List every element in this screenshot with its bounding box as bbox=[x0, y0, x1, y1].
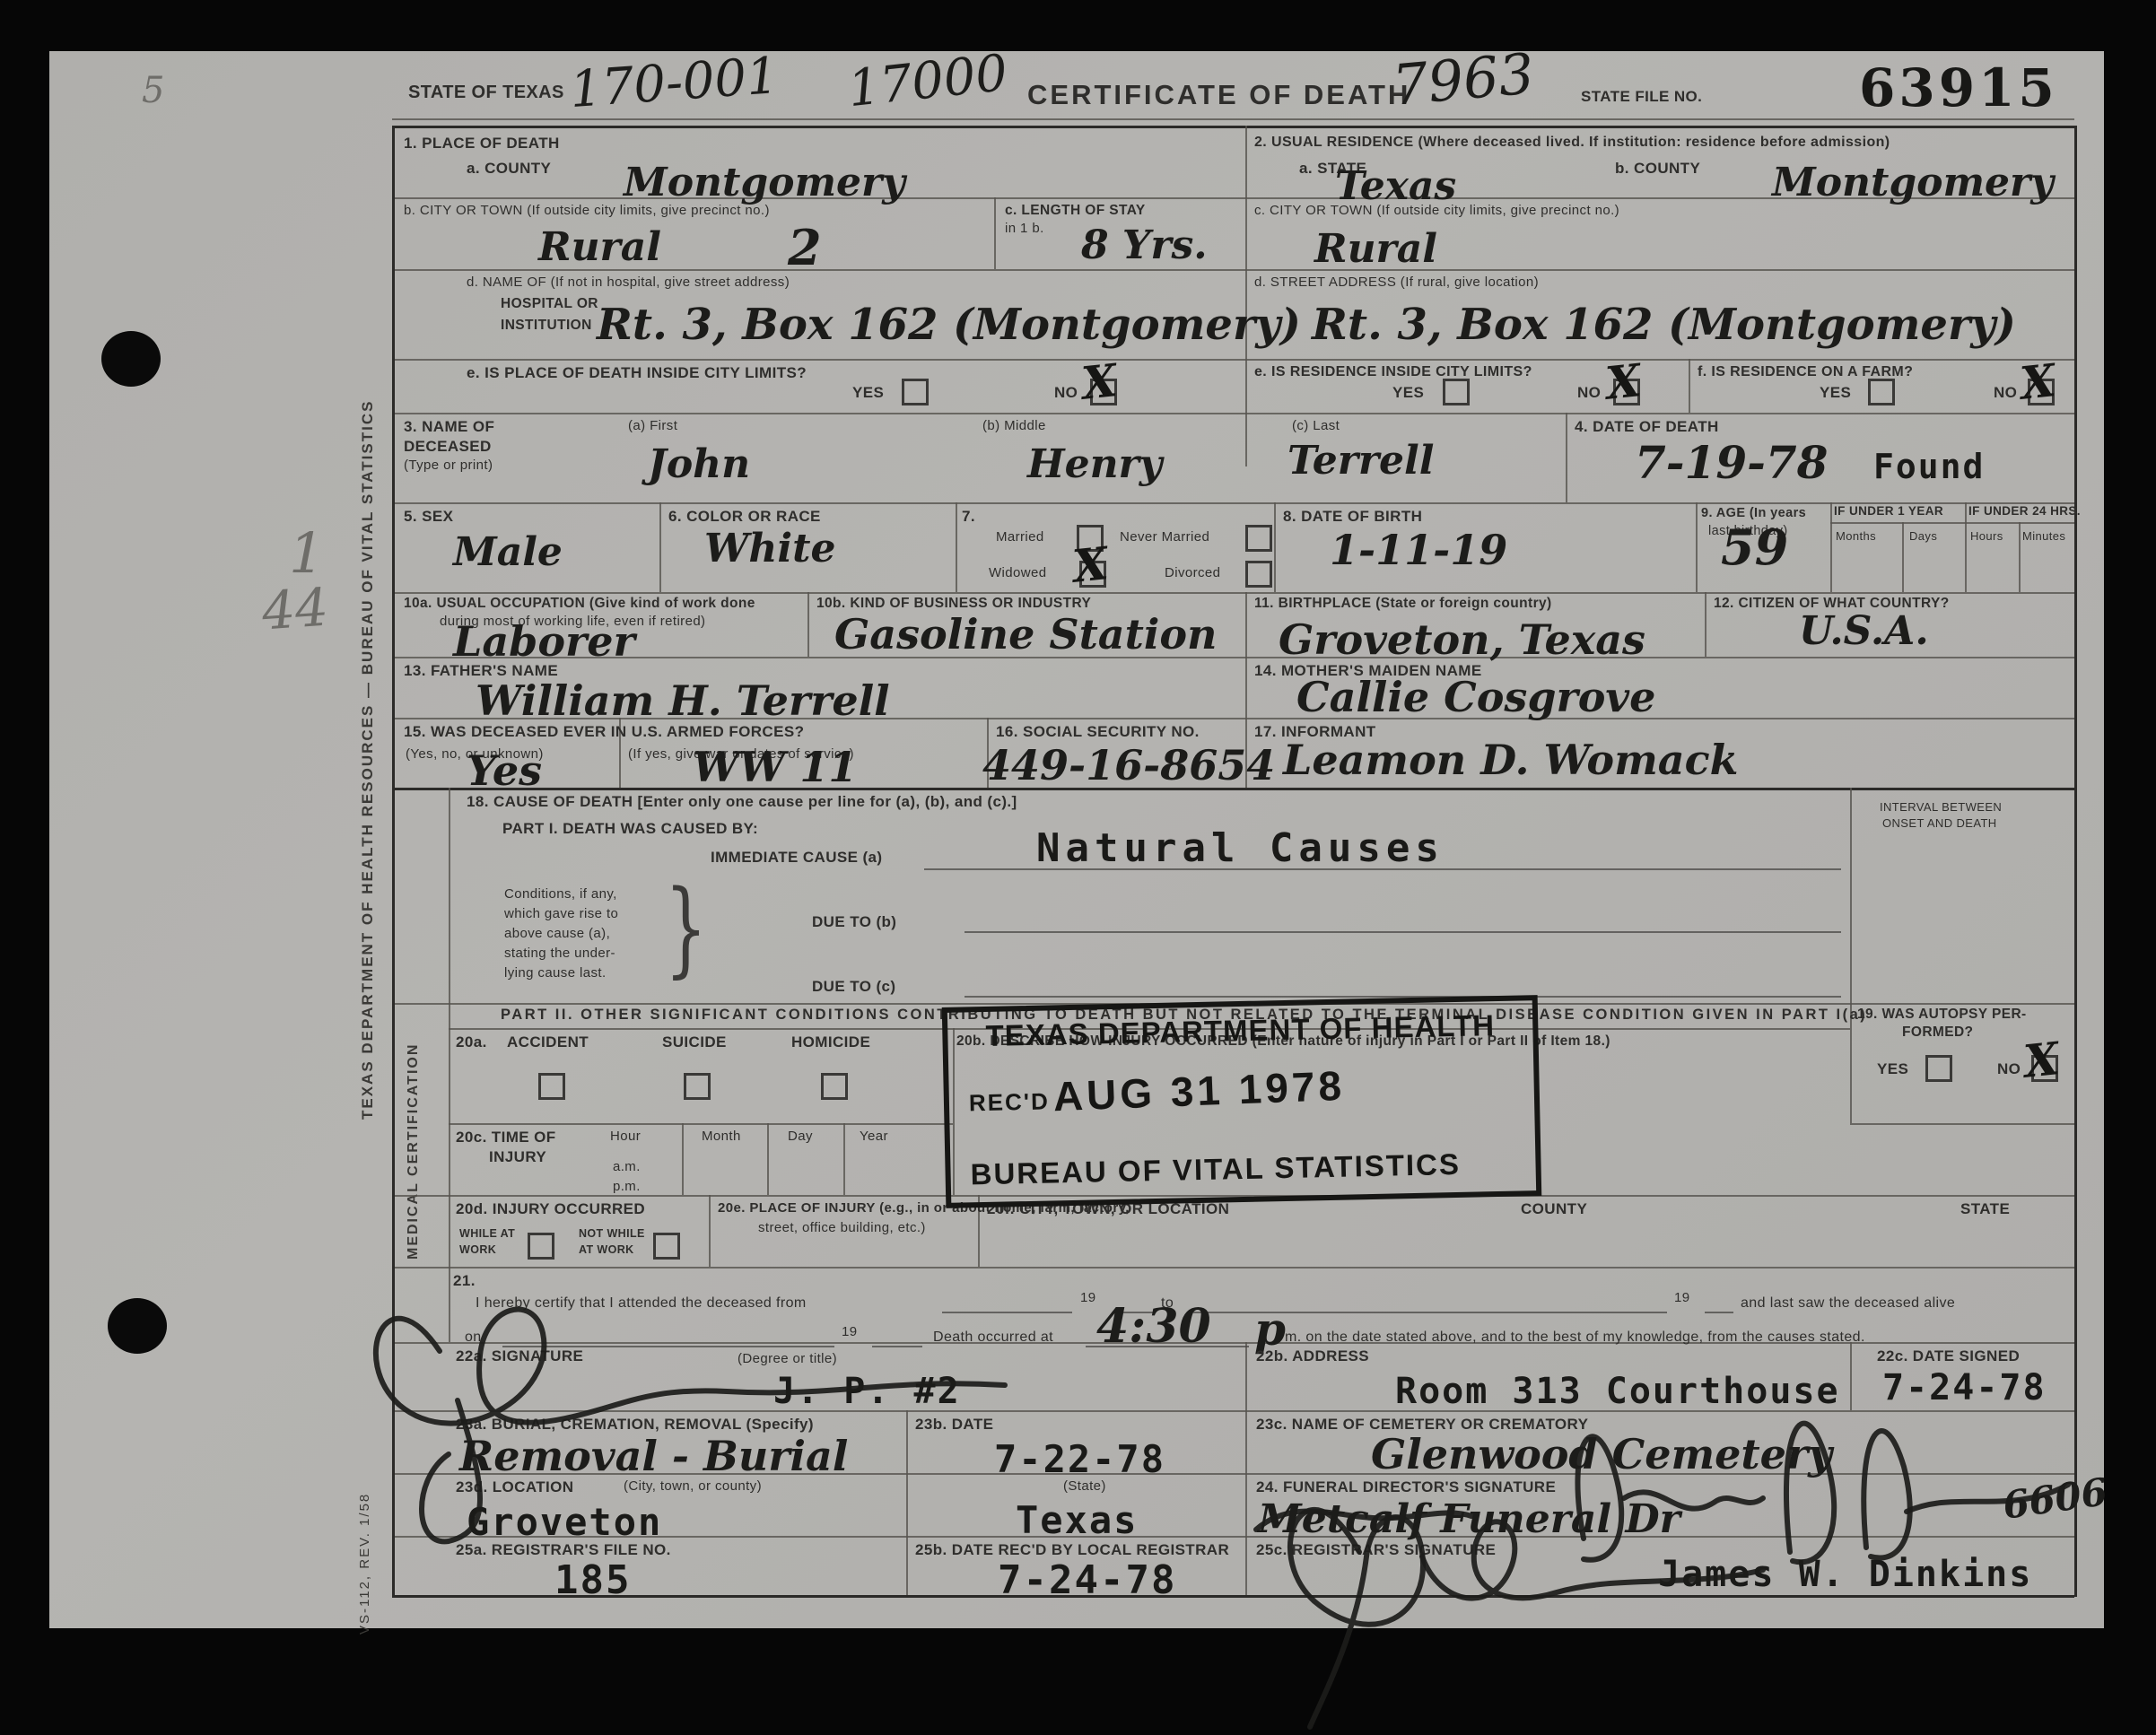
autopsy-label2: FORMED? bbox=[1902, 1024, 1973, 1041]
pencil-mark: 44 bbox=[260, 577, 330, 642]
state-sublabel: (State) bbox=[1063, 1478, 1106, 1494]
cause-of-death-label: 18. CAUSE OF DEATH [Enter only one cause… bbox=[467, 793, 1017, 811]
sex-value: Male bbox=[453, 529, 563, 575]
res-street-value: Rt. 3, Box 162 (Montgomery) bbox=[1312, 300, 2016, 350]
homicide-checkbox bbox=[821, 1073, 848, 1100]
armed-forces-value: Yes bbox=[467, 746, 542, 795]
month-label: Month bbox=[702, 1129, 741, 1144]
middle-name-label: (b) Middle bbox=[982, 418, 1046, 433]
birthplace-label: 11. BIRTHPLACE (State or foreign country… bbox=[1254, 596, 1552, 612]
homicide-label: HOMICIDE bbox=[791, 1033, 870, 1051]
hours-label: Hours bbox=[1970, 529, 2003, 543]
pod-limits-no-xmark: X bbox=[1079, 353, 1120, 410]
certify-text-2: and last saw the deceased alive bbox=[1741, 1295, 1955, 1312]
age-value: 59 bbox=[1721, 519, 1788, 576]
suicide-label: SUICIDE bbox=[662, 1033, 727, 1051]
autopsy-no-label: NO bbox=[1997, 1060, 2021, 1078]
pod-city-label: b. CITY OR TOWN (If outside city limits,… bbox=[404, 203, 770, 218]
pod-stay-sublabel: in 1 b. bbox=[1005, 221, 1044, 236]
certify-text-3: m. on the date stated above, and to the … bbox=[1285, 1330, 1865, 1346]
never-married-label: Never Married bbox=[1120, 529, 1209, 545]
pod-limits-yes-checkbox bbox=[902, 379, 929, 405]
first-name-label: (a) First bbox=[628, 418, 677, 433]
pm-label: p.m. bbox=[613, 1179, 641, 1194]
divorced-checkbox bbox=[1245, 561, 1272, 588]
conditions-note-1: Conditions, if any, bbox=[504, 886, 617, 902]
res-farm-yes-checkbox bbox=[1868, 379, 1895, 405]
dob-label: 8. DATE OF BIRTH bbox=[1283, 508, 1422, 526]
hour-label: Hour bbox=[610, 1129, 641, 1144]
pod-institution-value: Rt. 3, Box 162 (Montgomery) bbox=[597, 300, 1301, 350]
stamp-date: AUG 31 1978 bbox=[1052, 1061, 1346, 1120]
industry-value: Gasoline Station bbox=[834, 610, 1217, 658]
pod-city-limits-label: e. IS PLACE OF DEATH INSIDE CITY LIMITS? bbox=[467, 364, 807, 382]
suicide-checkbox bbox=[684, 1073, 711, 1100]
res-farm-no-xmark: X bbox=[2018, 353, 2058, 410]
name-label2: DECEASED bbox=[404, 438, 492, 456]
pod-limits-yes-label: YES bbox=[852, 384, 884, 402]
autopsy-yes-label: YES bbox=[1877, 1060, 1908, 1078]
res-limits-yes-label: YES bbox=[1392, 384, 1424, 402]
written-cert-number: 7963 bbox=[1390, 40, 1537, 118]
registrar-signature bbox=[1261, 1435, 1853, 1731]
received-stamp: TEXAS DEPARTMENT OF HEALTH REC'D AUG 31 … bbox=[942, 995, 1542, 1208]
document-title: CERTIFICATE OF DEATH bbox=[1027, 79, 1410, 111]
due-to-b-label: DUE TO (b) bbox=[812, 913, 896, 931]
res-farm-no-label: NO bbox=[1994, 384, 2017, 402]
pod-precinct-value: 2 bbox=[788, 219, 822, 276]
stamp-agency-line: TEXAS DEPARTMENT OF HEALTH bbox=[947, 1007, 1533, 1054]
pod-institution-label2: HOSPITAL OR bbox=[501, 296, 598, 312]
res-farm-yes-label: YES bbox=[1820, 384, 1851, 402]
under-24-hrs-label: IF UNDER 24 HRS. bbox=[1968, 504, 2081, 518]
res-section-label: 2. USUAL RESIDENCE (Where deceased lived… bbox=[1254, 135, 1890, 151]
ssn-label: 16. SOCIAL SECURITY NO. bbox=[996, 723, 1200, 741]
conditions-note-4: stating the under- bbox=[504, 946, 615, 961]
pod-stay-value: 8 Yrs. bbox=[1081, 222, 1208, 268]
accident-checkbox bbox=[538, 1073, 565, 1100]
stamp-bureau-line: BUREAU OF VITAL STATISTICS bbox=[970, 1147, 1461, 1191]
pod-county-label: a. COUNTY bbox=[467, 160, 551, 178]
date-signed-label: 22c. DATE SIGNED bbox=[1877, 1347, 2020, 1365]
months-label: Months bbox=[1836, 529, 1876, 543]
res-city-label: c. CITY OR TOWN (If outside city limits,… bbox=[1254, 203, 1619, 218]
item-20a-label: 20a. bbox=[456, 1033, 487, 1051]
pod-county-value: Montgomery bbox=[624, 160, 905, 205]
state-file-number: 63915 bbox=[1859, 57, 2058, 118]
date-of-death-label: 4. DATE OF DEATH bbox=[1575, 418, 1719, 436]
time-of-injury-label2: INJURY bbox=[489, 1148, 546, 1166]
race-value: White bbox=[704, 526, 835, 571]
occupation-label: 10a. USUAL OCCUPATION (Give kind of work… bbox=[404, 596, 755, 612]
sex-label: 5. SEX bbox=[404, 508, 453, 526]
conditions-note-5: lying cause last. bbox=[504, 965, 607, 981]
conditions-brace: } bbox=[665, 868, 708, 989]
last-name-value: Terrell bbox=[1287, 438, 1434, 484]
interval-label2: ONSET AND DEATH bbox=[1882, 816, 1997, 830]
war-service-value: WW 11 bbox=[693, 743, 857, 791]
address-label: 22b. ADDRESS bbox=[1256, 1347, 1369, 1365]
father-name-value: William H. Terrell bbox=[476, 676, 890, 725]
occupation-value: Laborer bbox=[453, 617, 635, 666]
race-label: 6. COLOR OR RACE bbox=[668, 508, 821, 526]
pod-limits-no-label: NO bbox=[1054, 384, 1078, 402]
pod-stay-label: c. LENGTH OF STAY bbox=[1005, 203, 1146, 219]
dob-value: 1-11-19 bbox=[1330, 526, 1507, 574]
state-file-no-label: STATE FILE NO. bbox=[1581, 88, 1702, 106]
name-label3: (Type or print) bbox=[404, 458, 493, 473]
medical-certification-caption: MEDICAL CERTIFICATION bbox=[406, 985, 422, 1260]
registrar-date-value: 7-24-78 bbox=[998, 1557, 1176, 1603]
immediate-cause-label: IMMEDIATE CAUSE (a) bbox=[711, 849, 882, 867]
state-col-label: STATE bbox=[1960, 1200, 2010, 1218]
injury-occurred-label: 20d. INJURY OCCURRED bbox=[456, 1200, 645, 1218]
divorced-label: Divorced bbox=[1165, 565, 1220, 580]
pod-city-value: Rural bbox=[538, 224, 661, 270]
citizen-value: U.S.A. bbox=[1799, 608, 1929, 654]
res-limits-yes-checkbox bbox=[1443, 379, 1470, 405]
middle-name-value: Henry bbox=[1027, 441, 1162, 487]
autopsy-yes-checkbox bbox=[1925, 1055, 1952, 1082]
stamp-recd-label: REC'D bbox=[969, 1087, 1050, 1117]
interval-label1: INTERVAL BETWEEN bbox=[1880, 800, 2002, 814]
accident-label: ACCIDENT bbox=[507, 1033, 589, 1051]
under-1-year-label: IF UNDER 1 YEAR bbox=[1834, 504, 1943, 518]
while-at-work-label1: WHILE AT bbox=[459, 1227, 515, 1240]
hole-punch bbox=[101, 331, 161, 387]
autopsy-no-xmark: X bbox=[2021, 1032, 2062, 1088]
time-of-injury-label1: 20c. TIME OF bbox=[456, 1129, 556, 1146]
informant-value: Leamon D. Womack bbox=[1283, 736, 1738, 784]
first-name-value: John bbox=[648, 441, 750, 487]
county-col-label: COUNTY bbox=[1521, 1200, 1587, 1218]
birthplace-value: Groveton, Texas bbox=[1279, 615, 1645, 664]
marital-number-label: 7. bbox=[962, 508, 975, 526]
date-of-death-value: 7-19-78 bbox=[1635, 436, 1828, 489]
minutes-label: Minutes bbox=[2022, 529, 2065, 543]
last-name-label: (c) Last bbox=[1292, 418, 1340, 433]
place-of-injury-label2: street, office building, etc.) bbox=[758, 1220, 926, 1235]
ssn-value: 449-16-8654 bbox=[982, 741, 1275, 789]
res-street-label: d. STREET ADDRESS (If rural, give locati… bbox=[1254, 275, 1539, 290]
not-while-label1: NOT WHILE bbox=[579, 1227, 645, 1240]
widowed-xmark: X bbox=[1070, 536, 1111, 593]
day-label: Day bbox=[788, 1129, 813, 1144]
registrar-file-value: 185 bbox=[554, 1557, 631, 1603]
res-limits-no-label: NO bbox=[1577, 384, 1601, 402]
autopsy-label1: 19. WAS AUTOPSY PER- bbox=[1857, 1007, 2027, 1023]
certify-19b: 19 bbox=[1674, 1290, 1690, 1305]
days-label: Days bbox=[1909, 529, 1937, 543]
pod-section-label: 1. PLACE OF DEATH bbox=[404, 135, 560, 153]
res-limits-no-xmark: X bbox=[1603, 353, 1644, 410]
date-of-death-note: Found bbox=[1873, 447, 1985, 486]
scanned-death-certificate: 5 1 44 TEXAS DEPARTMENT OF HEALTH RESOUR… bbox=[0, 0, 2156, 1735]
hole-punch bbox=[108, 1298, 167, 1354]
res-county-label: b. COUNTY bbox=[1615, 160, 1700, 178]
pod-institution-label3: INSTITUTION bbox=[501, 318, 592, 334]
year-label: Year bbox=[860, 1129, 888, 1144]
armed-forces-label: 15. WAS DECEASED EVER IN U.S. ARMED FORC… bbox=[404, 723, 804, 741]
part1-label: PART I. DEATH WAS CAUSED BY: bbox=[502, 820, 758, 838]
left-edge-caption: TEXAS DEPARTMENT OF HEALTH RESOURCES — B… bbox=[359, 366, 377, 1120]
due-to-c-label: DUE TO (c) bbox=[812, 978, 895, 996]
married-label: Married bbox=[996, 529, 1044, 545]
conditions-note-3: above cause (a), bbox=[504, 926, 610, 941]
mother-name-value: Callie Cosgrove bbox=[1296, 673, 1655, 721]
death-time-value: 4:30 bbox=[1096, 1299, 1211, 1354]
immediate-cause-value: Natural Causes bbox=[1036, 825, 1445, 871]
never-married-checkbox bbox=[1245, 525, 1272, 552]
res-city-value: Rural bbox=[1314, 226, 1437, 272]
state-of-texas-label: STATE OF TEXAS bbox=[408, 83, 564, 103]
pencil-mark: 5 bbox=[142, 70, 164, 111]
res-city-limits-label: e. IS RESIDENCE INSIDE CITY LIMITS? bbox=[1254, 364, 1532, 380]
pod-institution-label: d. NAME OF (If not in hospital, give str… bbox=[467, 275, 790, 290]
am-label: a.m. bbox=[613, 1159, 641, 1174]
conditions-note-2: which gave rise to bbox=[504, 906, 618, 921]
widowed-label: Widowed bbox=[989, 565, 1047, 580]
certify-19a: 19 bbox=[1080, 1290, 1096, 1305]
name-label: 3. NAME OF bbox=[404, 418, 494, 436]
res-county-value: Montgomery bbox=[1772, 160, 2054, 205]
jp-signature bbox=[350, 1243, 1059, 1548]
